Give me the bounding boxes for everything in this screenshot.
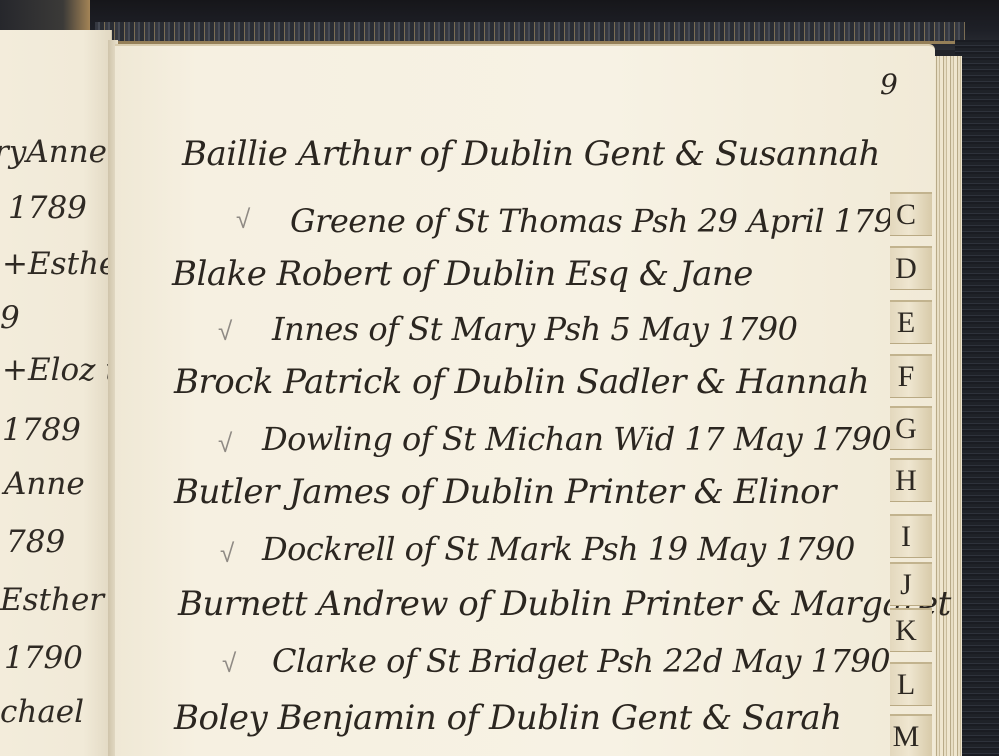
entry-line-main: Brock Patrick of Dublin Sadler & Hannah — [174, 362, 869, 402]
page-number: 9 — [880, 68, 898, 101]
book-cover-edge — [95, 22, 965, 44]
left-fragment: ryAnne — [0, 134, 107, 170]
check-mark-icon: √ — [236, 204, 250, 235]
left-fragment: Anne — [4, 466, 85, 502]
index-tab-g[interactable]: G — [890, 406, 932, 450]
entry-line-sub: Innes of St Mary Psh 5 May 1790 — [272, 310, 797, 348]
index-tab-m[interactable]: M — [890, 714, 932, 756]
entry-line-main: Baillie Arthur of Dublin Gent & Susannah — [182, 134, 880, 174]
entry-line-sub: Greene of St Thomas Psh 29 April 1790 — [290, 202, 913, 240]
index-tab-c[interactable]: C — [890, 192, 932, 236]
left-fragment: +Eloz th — [2, 352, 112, 388]
left-fragment: 1789 — [2, 412, 81, 448]
index-tab-e[interactable]: E — [890, 300, 932, 344]
entry-line-sub: Dowling of St Michan Wid 17 May 1790 — [262, 420, 891, 458]
index-tab-k[interactable]: K — [890, 608, 932, 652]
index-tab-h[interactable]: H — [890, 458, 932, 502]
ledger-photo: ryAnne 1789 +Esther 9 +Eloz th 1789 Anne… — [0, 0, 999, 756]
check-mark-icon: √ — [222, 648, 236, 679]
check-mark-icon: √ — [220, 538, 234, 569]
left-fragment: +Esther — [2, 246, 112, 282]
left-page: ryAnne 1789 +Esther 9 +Eloz th 1789 Anne… — [0, 30, 112, 756]
index-tab-j[interactable]: J — [890, 562, 932, 606]
index-tab-f[interactable]: F — [890, 354, 932, 398]
left-fragment: chael — [0, 694, 84, 730]
index-tab-l[interactable]: L — [890, 662, 932, 706]
left-fragment: 1790 — [4, 640, 83, 676]
index-tab-d[interactable]: D — [890, 246, 932, 290]
book-cover-corner — [0, 0, 90, 32]
entry-line-main: Boley Benjamin of Dublin Gent & Sarah — [174, 698, 842, 738]
entry-line-main: Burnett Andrew of Dublin Printer & Marga… — [178, 584, 951, 624]
left-fragment: 789 — [6, 524, 65, 560]
check-mark-icon: √ — [218, 428, 232, 459]
left-fragment: Esther — [0, 582, 104, 618]
entry-line-sub: Clarke of St Bridget Psh 22d May 1790 — [272, 642, 890, 680]
check-mark-icon: √ — [218, 316, 232, 347]
entry-line-main: Blake Robert of Dublin Esq & Jane — [172, 254, 753, 294]
entry-line-main: Butler James of Dublin Printer & Elinor — [174, 472, 836, 512]
entry-line-sub: Dockrell of St Mark Psh 19 May 1790 — [262, 530, 855, 568]
left-fragment: 1789 — [8, 190, 87, 226]
left-fragment: 9 — [0, 300, 20, 336]
index-tab-i[interactable]: I — [890, 514, 932, 558]
